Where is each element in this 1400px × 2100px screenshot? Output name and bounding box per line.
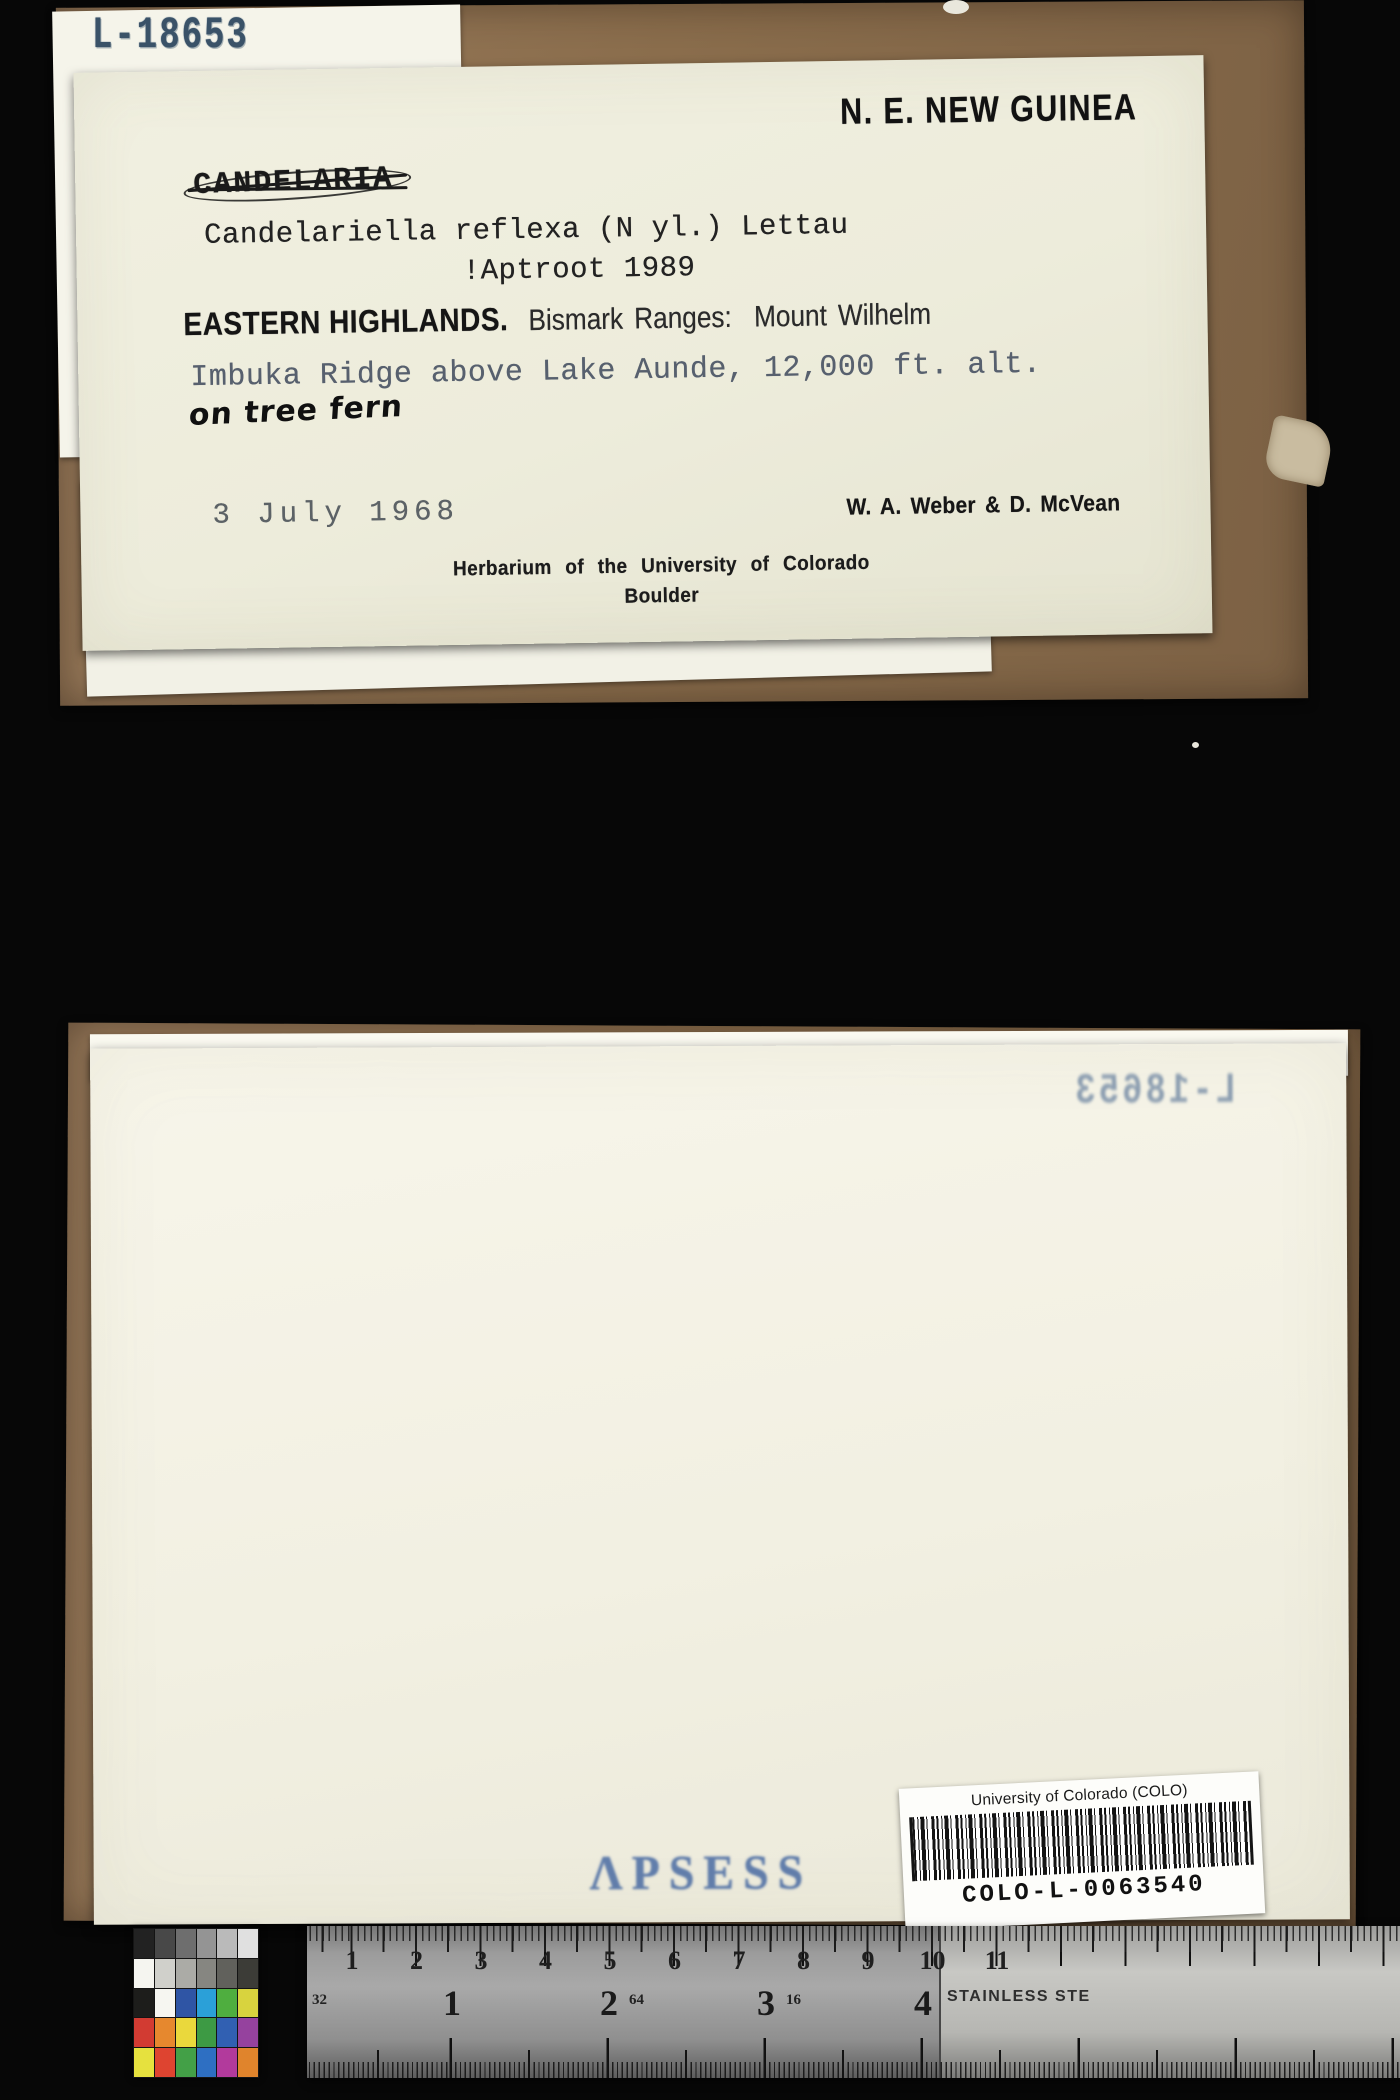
habitat-line: Imbuka Ridge above Lake Aunde, 12,000 ft… — [190, 348, 1042, 395]
color-swatch — [197, 1989, 217, 2018]
ruler-cm-number: 4 — [539, 1946, 552, 1976]
color-swatch — [217, 1989, 237, 2018]
ruler-cm-number: 1 — [346, 1946, 359, 1976]
color-swatch — [197, 1959, 217, 1988]
locality-detail: Bismark Ranges: Mount Wilhelm — [528, 297, 931, 337]
color-swatch — [217, 2018, 237, 2047]
paper-speck — [943, 0, 969, 14]
ruler-cm-number: 9 — [862, 1946, 875, 1976]
barcode-stripes — [909, 1801, 1254, 1882]
color-swatch — [176, 2018, 196, 2047]
color-swatch — [197, 2018, 217, 2047]
color-swatch — [238, 1989, 258, 2018]
determination-note: !Aptroot 1989 — [462, 251, 695, 288]
herbarium-city: Boulder — [362, 580, 962, 613]
ruler-fraction-label: 16 — [786, 1992, 801, 2009]
color-swatch — [134, 1929, 154, 1958]
ruler-cm-number: 5 — [604, 1946, 617, 1976]
ruler-cm-number: 8 — [797, 1946, 810, 1976]
ruler-inch-ticks — [307, 2038, 1400, 2078]
color-swatch — [176, 2048, 196, 2077]
color-swatch — [134, 2018, 154, 2047]
dust-speck — [1192, 742, 1199, 748]
ruler-cm-ticks — [307, 1926, 1400, 1970]
ruler-inch-number: 2 — [600, 1982, 618, 2024]
ruler-cm-number: 7 — [733, 1946, 746, 1976]
color-swatch — [134, 2048, 154, 2077]
color-swatch — [238, 2048, 258, 2077]
ruler-inch-number: 4 — [914, 1982, 932, 2024]
ruler-cm-number: 11 — [985, 1946, 1010, 1976]
collection-date: 3 July 1968 — [212, 495, 459, 532]
faint-blue-stamp: ΛPSESS — [590, 1844, 813, 1901]
ruler-cm-number: 3 — [475, 1946, 488, 1976]
region-stamp: N. E. NEW GUINEA — [840, 86, 1138, 133]
species-name: Candelariella reflexa (N yl.) Lettau — [204, 209, 849, 252]
color-swatch — [217, 1929, 237, 1958]
color-swatch — [176, 1959, 196, 1988]
substrate-handwritten-note: on tree fern — [188, 389, 404, 433]
specimen-photo: L-18653 N. E. NEW GUINEA CANDELARIA Cand… — [0, 0, 1400, 2100]
ruler-cm-number: 2 — [410, 1946, 423, 1976]
color-swatch — [176, 1989, 196, 2018]
color-swatch — [155, 1959, 175, 1988]
color-swatch — [217, 2048, 237, 2077]
ruler-inch-number: 1 — [443, 1982, 461, 2024]
specimen-label-card: N. E. NEW GUINEA CANDELARIA Candelariell… — [74, 55, 1213, 651]
color-swatch — [238, 1929, 258, 1958]
color-swatch — [197, 2048, 217, 2077]
locality-line: EASTERN HIGHLANDS. Bismark Ranges: Mount… — [183, 299, 944, 343]
ruler-fraction-label: 64 — [629, 1992, 644, 2009]
ruler-cm-number: 6 — [668, 1946, 681, 1976]
color-swatch — [155, 2018, 175, 2047]
ruler-inch-number: 3 — [757, 1982, 775, 2024]
accession-number-stamp: L-18653 — [92, 12, 249, 61]
mirrored-accession-bleedthrough: L-18653 — [1072, 1068, 1236, 1116]
herbarium-name: Herbarium of the University of Colorado — [361, 550, 961, 583]
color-swatch — [176, 1929, 196, 1958]
collectors-names: W. A. Weber & D. McVean — [846, 491, 1120, 522]
ruler: 1234567891011 1234 32 64 16 STAINLESS ST… — [307, 1926, 1400, 2078]
color-swatch — [134, 1989, 154, 2018]
barcode-label: University of Colorado (COLO) COLO-L-006… — [899, 1771, 1266, 1930]
ruler-fraction-label: 32 — [312, 1992, 327, 2009]
color-swatch — [217, 1959, 237, 1988]
color-swatch — [197, 1929, 217, 1958]
color-swatch — [134, 1959, 154, 1988]
color-swatch — [238, 1959, 258, 1988]
color-swatch — [238, 2018, 258, 2047]
color-calibration-target — [133, 1928, 259, 2078]
ruler-brand-text: STAINLESS STE — [947, 1988, 1091, 2006]
district-name: EASTERN HIGHLANDS. — [183, 301, 508, 343]
crossed-out-genus: CANDELARIA — [193, 162, 394, 203]
color-swatch — [155, 1929, 175, 1958]
ruler-cm-number: 10 — [920, 1946, 946, 1976]
color-swatch — [155, 2048, 175, 2077]
color-swatch — [155, 1989, 175, 2018]
